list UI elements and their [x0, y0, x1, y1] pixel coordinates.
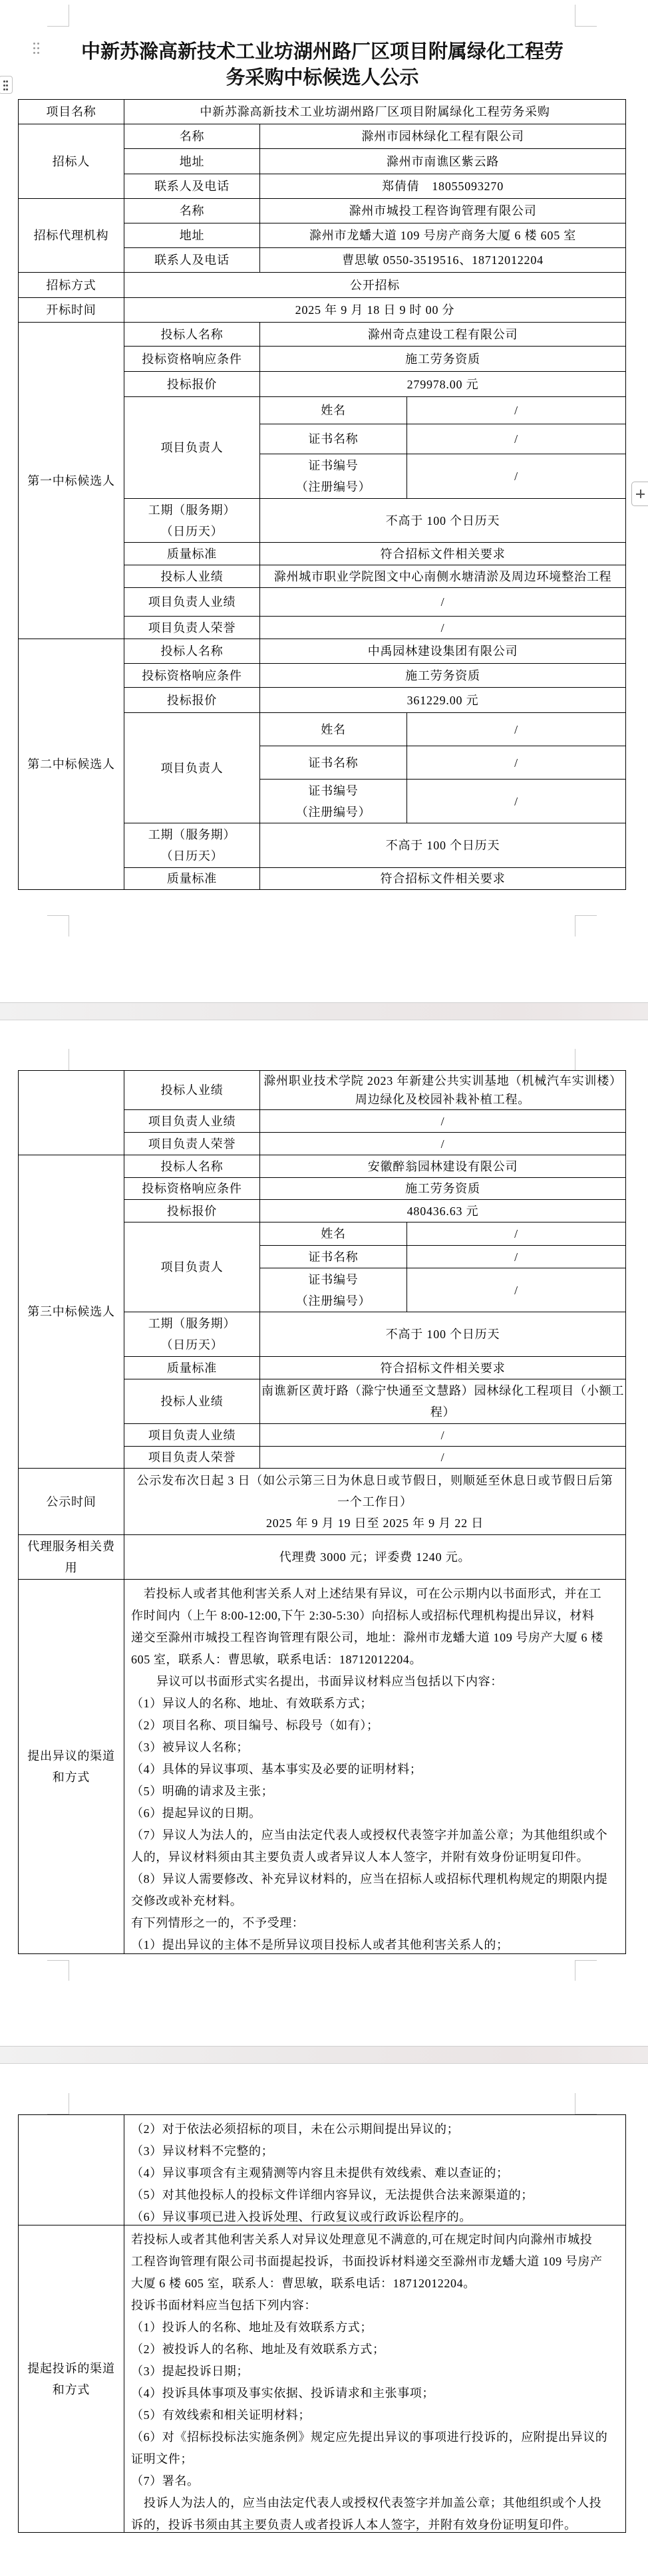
label-cert-name: 证书名称 — [260, 746, 407, 780]
list-item: （2）项目名称、项目编号、标段号（如有）； — [131, 1715, 620, 1737]
page-separator — [0, 2046, 648, 2064]
bid-table-page-1: 项目名称 中新苏滁高新技术工业坊湖州路厂区项目附属绿化工程劳务采购 招标人 名称… — [18, 99, 626, 890]
value-qualification: 施工劳务资质 — [260, 1178, 626, 1200]
label-manager-honors: 项目负责人荣誉 — [124, 1133, 260, 1155]
list-item: （1）异议人的名称、地址、有效联系方式； — [131, 1693, 620, 1715]
value-quality: 符合招标文件相关要求 — [260, 868, 626, 890]
crop-mark — [69, 1960, 69, 1981]
label-cert-name: 证书名称 — [260, 424, 407, 454]
text-line: 有下列情形之一的，不予受理： — [131, 1912, 620, 1934]
crop-mark — [47, 26, 69, 27]
text-line: 证明文件； — [131, 2448, 620, 2470]
label-price: 投标报价 — [124, 372, 260, 397]
label-cert-no: 证书编号 （注册编号） — [260, 454, 407, 499]
list-item: （4）具体的异议事项、基本事实及必要的证明材料； — [131, 1759, 620, 1781]
value-manager-performance: / — [260, 1424, 626, 1447]
bid-table-page-3: （2）对于依法必须招标的项目，未在公示期间提出异议的； （3）异议材料不完整的；… — [18, 2114, 626, 2533]
label-tenderer-contact: 联系人及电话 — [124, 174, 260, 199]
label-duration: 工期（服务期） （日历天） — [124, 499, 260, 543]
value-duration: 不高于 100 个日历天 — [260, 499, 626, 543]
label-line: 工期（服务期） — [126, 500, 258, 521]
list-item: （3）被异议人名称； — [131, 1737, 620, 1759]
value-line: 滁州职业技术学院 2023 年新建公共实训基地（机械汽车实训楼） — [261, 1072, 624, 1090]
label-quality: 质量标准 — [124, 543, 260, 565]
value-line: 公示发布次日起 3 日（如公示第三日为休息日或节假日，则顺延至休息日或节假日后第 — [126, 1470, 624, 1491]
label-line: 代理服务相关费 — [20, 1536, 122, 1557]
objection-paragraphs: （2）对于依法必须招标的项目，未在公示期间提出异议的； （3）异议材料不完整的；… — [131, 2118, 620, 2225]
value-qualification: 施工劳务资质 — [260, 664, 626, 688]
value-manager-honors: / — [260, 1447, 626, 1469]
dot — [3, 88, 5, 90]
value-tenderer-contact: 郑倩倩 18055093270 — [260, 174, 626, 199]
crop-mark — [69, 1049, 69, 1070]
row-agency-name: 招标代理机构 名称 滁州市城投工程咨询管理有限公司 — [19, 199, 626, 223]
value-line: 一个工作日） — [126, 1491, 624, 1512]
label-agency: 招标代理机构 — [19, 199, 124, 273]
objection-paragraphs: 若投标人或者其他利害关系人对上述结果有异议，可在公示期内以书面形式，并在工 作时… — [131, 1583, 620, 1953]
list-item: （6）异议事项已进入投诉处理、行政复议或行政诉讼程序的。 — [131, 2206, 620, 2225]
label-manager: 项目负责人 — [124, 713, 260, 823]
label-project-name: 项目名称 — [19, 100, 124, 124]
label-complaint: 提起投诉的渠道 和方式 — [19, 2225, 124, 2533]
row-c2-bidder-name: 第二中标候选人 投标人名称 中禹园林建设集团有限公司 — [19, 639, 626, 664]
label-line: 证书编号 — [261, 780, 405, 801]
label-agency-fees: 代理服务相关费 用 — [19, 1535, 124, 1580]
label-manager-performance: 项目负责人业绩 — [124, 588, 260, 617]
value-tenderer-name: 滁州市园林绿化工程有限公司 — [260, 124, 626, 149]
label-manager: 项目负责人 — [124, 397, 260, 499]
value-price: 279978.00 元 — [260, 372, 626, 397]
label-line: 提出异议的渠道 — [20, 1745, 122, 1767]
list-item: （7）署名。 — [131, 2470, 620, 2492]
value-manager-honors: / — [260, 617, 626, 639]
complaint-paragraphs: 若投标人或者其他利害关系人对异议处理意见不满意的,可在规定时间内向滁州市城投 工… — [131, 2229, 620, 2532]
text-line: 605 室，联系人：曹思敏，联系电话：18712012204。 — [131, 1649, 620, 1671]
list-item: （1）提出异议的主体不是所异议项目投标人或者其他利害关系人的； — [131, 1934, 620, 1953]
list-item: （1）投诉人的名称、地址及有效联系方式； — [131, 2317, 620, 2339]
label-manager-honors: 项目负责人荣誉 — [124, 617, 260, 639]
add-row-button[interactable] — [631, 482, 648, 506]
text-line: 若投标人或者其他利害关系人对上述结果有异议，可在公示期内以书面形式，并在工 — [131, 1583, 620, 1605]
value-cert-no: / — [407, 780, 626, 823]
row-objection: 提出异议的渠道 和方式 若投标人或者其他利害关系人对上述结果有异议，可在公示期内… — [19, 1580, 626, 1954]
document-page-2: 投标人业绩 滁州职业技术学院 2023 年新建公共实训基地（机械汽车实训楼） 周… — [0, 1020, 648, 2047]
text-line: 投诉人为法人的，应当由法定代表人或授权代表签字并加盖公章；其他组织或个人投 — [131, 2492, 620, 2514]
label-objection-continued — [19, 2115, 124, 2225]
value-manager-performance: / — [260, 588, 626, 617]
move-handle-icon[interactable] — [0, 76, 13, 94]
label-objection: 提出异议的渠道 和方式 — [19, 1580, 124, 1954]
list-item: （3）提起投诉日期； — [131, 2361, 620, 2382]
plus-icon — [636, 490, 645, 498]
value-manager-name: / — [407, 397, 626, 424]
value-quality: 符合招标文件相关要求 — [260, 1357, 626, 1379]
label-line: （日历天） — [126, 521, 258, 542]
dot — [3, 80, 5, 82]
label-duration: 工期（服务期） （日历天） — [124, 1312, 260, 1357]
dot — [3, 84, 5, 86]
list-item: （2）被投诉人的名称、地址及有效联系方式； — [131, 2339, 620, 2361]
list-item: （4）异议事项含有主观猜测等内容且未提供有效线索、难以查证的； — [131, 2162, 620, 2184]
value-agency-address: 滁州市龙蟠大道 109 号房产商务大厦 6 楼 605 室 — [260, 223, 626, 248]
crop-mark — [575, 5, 575, 26]
label-price: 投标报价 — [124, 1200, 260, 1222]
label-performance: 投标人业绩 — [124, 1071, 260, 1110]
label-duration: 工期（服务期） （日历天） — [124, 823, 260, 868]
value-bidder-name: 滁州奇点建设工程有限公司 — [260, 323, 626, 347]
list-item: （8）异议人需要修改、补充异议材料的，应当在招标人或招标代理机构规定的期限内提 — [131, 1868, 620, 1890]
label-line: 工期（服务期） — [126, 824, 258, 845]
list-item: （7）异议人为法人的，应当由法定代表人或授权代表签字并加盖公章；为其他组织或个 — [131, 1824, 620, 1846]
label-agency-contact: 联系人及电话 — [124, 248, 260, 273]
crop-mark — [575, 2093, 575, 2114]
label-cert-name: 证书名称 — [260, 1246, 407, 1268]
text-line: 交修改或补充材料。 — [131, 1890, 620, 1912]
value-cert-name: / — [407, 746, 626, 780]
label-manager-name: 姓名 — [260, 1222, 407, 1246]
list-item: （5）明确的请求及主张； — [131, 1781, 620, 1802]
value-price: 480436.63 元 — [260, 1200, 626, 1222]
label-qualification: 投标资格响应条件 — [124, 664, 260, 688]
label-manager-performance: 项目负责人业绩 — [124, 1424, 260, 1447]
value-performance: 滁州城市职业学院图文中心南侧水塘清淤及周边环境整治工程 — [260, 565, 626, 588]
row-opening-time: 开标时间 2025 年 9 月 18 日 9 时 00 分 — [19, 298, 626, 323]
text-line: 递交至滁州市城投工程咨询管理有限公司，地址：滁州市龙蟠大道 109 号房产大厦 … — [131, 1627, 620, 1649]
label-quality: 质量标准 — [124, 868, 260, 890]
text-line: 大厦 6 楼 605 室，联系人：曹思敏，联系电话：18712012204。 — [131, 2273, 620, 2295]
crop-mark — [575, 1049, 575, 1070]
document-page-3: （2）对于依法必须招标的项目，未在公示期间提出异议的； （3）异议材料不完整的；… — [0, 2064, 648, 2576]
list-item: （3）异议材料不完整的； — [131, 2140, 620, 2162]
text-line: 若投标人或者其他利害关系人对异议处理意见不满意的,可在规定时间内向滁州市城投 — [131, 2229, 620, 2251]
value-agency-contact: 曹思敏 0550-3519516、18712012204 — [260, 248, 626, 273]
text-line: 作时间内（上午 8:00-12:00,下午 2:30-5:30）向招标人或招标代… — [131, 1605, 620, 1627]
label-manager: 项目负责人 — [124, 1222, 260, 1312]
label-agency-address: 地址 — [124, 223, 260, 248]
label-line: 证书编号 — [261, 455, 405, 476]
crop-mark — [47, 1960, 69, 1961]
value-line: 周边绿化及校园补栽补植工程。 — [261, 1090, 624, 1109]
page-title: 中新苏滁高新技术工业坊湖州路厂区项目附属绿化工程劳 务采购中标候选人公示 — [0, 39, 645, 90]
list-item: （5）对其他投标人的投标文件详细内容异议，无法提供合法来源渠道的； — [131, 2184, 620, 2206]
label-line: 和方式 — [20, 1767, 122, 1788]
dot — [6, 88, 8, 90]
label-bidder-name: 投标人名称 — [124, 639, 260, 664]
label-manager-performance: 项目负责人业绩 — [124, 1110, 260, 1133]
text-line: 人的，异议材料须由其主要负责人或者异议人本人签字，并附有效身份证明复印件。 — [131, 1846, 620, 1868]
label-opening-time: 开标时间 — [19, 298, 124, 323]
value-cert-name: / — [407, 424, 626, 454]
bid-table-page-2: 投标人业绩 滁州职业技术学院 2023 年新建公共实训基地（机械汽车实训楼） 周… — [18, 1070, 626, 1954]
value-manager-name: / — [407, 1222, 626, 1246]
label-qualification: 投标资格响应条件 — [124, 347, 260, 372]
value-cert-no: / — [407, 1268, 626, 1312]
crop-mark — [47, 915, 69, 916]
crop-mark — [69, 915, 69, 936]
value-cert-name: / — [407, 1246, 626, 1268]
value-opening-time: 2025 年 9 月 18 日 9 时 00 分 — [124, 298, 626, 323]
value-manager-name: / — [407, 713, 626, 746]
value-duration: 不高于 100 个日历天 — [260, 1312, 626, 1357]
crop-mark — [575, 915, 575, 936]
label-tenderer: 招标人 — [19, 124, 124, 199]
title-line: 中新苏滁高新技术工业坊湖州路厂区项目附属绿化工程劳 — [0, 39, 645, 65]
value-agency-name: 滁州市城投工程咨询管理有限公司 — [260, 199, 626, 223]
objection-text-continued: （2）对于依法必须招标的项目，未在公示期间提出异议的； （3）异议材料不完整的；… — [124, 2115, 626, 2225]
row-complaint: 提起投诉的渠道 和方式 若投标人或者其他利害关系人对异议处理意见不满意的,可在规… — [19, 2225, 626, 2533]
objection-text: 若投标人或者其他利害关系人对上述结果有异议，可在公示期内以书面形式，并在工 作时… — [124, 1580, 626, 1954]
label-manager-name: 姓名 — [260, 397, 407, 424]
label-candidate-2-continued — [19, 1071, 124, 1155]
label-tenderer-address: 地址 — [124, 149, 260, 174]
row-tenderer-name: 招标人 名称 滁州市园林绿化工程有限公司 — [19, 124, 626, 149]
crop-mark — [575, 915, 597, 916]
value-price: 361229.00 元 — [260, 688, 626, 713]
value-tenderer-address: 滁州市南谯区紫云路 — [260, 149, 626, 174]
row-c2-performance: 投标人业绩 滁州职业技术学院 2023 年新建公共实训基地（机械汽车实训楼） 周… — [19, 1071, 626, 1110]
label-line: 用 — [20, 1557, 122, 1578]
dot — [6, 80, 8, 82]
value-duration: 不高于 100 个日历天 — [260, 823, 626, 868]
crop-mark — [69, 5, 69, 26]
value-qualification: 施工劳务资质 — [260, 347, 626, 372]
text-line: 工程咨询管理有限公司书面提起投诉，书面投诉材料递交至滁州市龙蟠大道 109 号房… — [131, 2251, 620, 2273]
row-objection-continued: （2）对于依法必须招标的项目，未在公示期间提出异议的； （3）异议材料不完整的；… — [19, 2115, 626, 2225]
label-line: 工期（服务期） — [126, 1313, 258, 1334]
label-line: （日历天） — [126, 1334, 258, 1356]
label-cert-no: 证书编号 （注册编号） — [260, 1268, 407, 1312]
text-line: 异议可以书面形式实名提出，书面异议材料应当包括以下内容： — [131, 1671, 620, 1693]
label-candidate-3: 第三中标候选人 — [19, 1155, 124, 1469]
value-line: 程） — [261, 1401, 624, 1423]
row-bidding-method: 招标方式 公开招标 — [19, 273, 626, 298]
row-c3-bidder-name: 第三中标候选人 投标人名称 安徽醉翁园林建设有限公司 — [19, 1155, 626, 1178]
label-line: （注册编号） — [261, 1290, 405, 1312]
text-line: 投诉书面材料应当包括下列内容： — [131, 2295, 620, 2317]
title-line: 务采购中标候选人公示 — [0, 65, 645, 90]
complaint-text: 若投标人或者其他利害关系人对异议处理意见不满意的,可在规定时间内向滁州市城投 工… — [124, 2225, 626, 2533]
value-cert-no: / — [407, 454, 626, 499]
page-separator — [0, 1002, 648, 1020]
value-manager-performance: / — [260, 1110, 626, 1133]
label-line: 证书编号 — [261, 1269, 405, 1290]
label-performance: 投标人业绩 — [124, 565, 260, 588]
value-manager-honors: / — [260, 1133, 626, 1155]
text-line: 诉的，投诉书须由其主要负责人或者投诉人本人签字，并附有效身份证明复印件。 — [131, 2514, 620, 2532]
value-performance: 南谯新区黄圩路（滁宁快通至文慧路）园林绿化工程项目（小额工 程） — [260, 1379, 626, 1424]
value-bidding-method: 公开招标 — [124, 273, 626, 298]
value-quality: 符合招标文件相关要求 — [260, 543, 626, 565]
crop-mark — [69, 2093, 69, 2114]
label-manager-name: 姓名 — [260, 713, 407, 746]
document-page-1: 中新苏滁高新技术工业坊湖州路厂区项目附属绿化工程劳 务采购中标候选人公示 项目名… — [0, 0, 648, 1003]
row-project-name: 项目名称 中新苏滁高新技术工业坊湖州路厂区项目附属绿化工程劳务采购 — [19, 100, 626, 124]
value-performance: 滁州职业技术学院 2023 年新建公共实训基地（机械汽车实训楼） 周边绿化及校园… — [260, 1071, 626, 1110]
list-item: （6）提起异议的日期。 — [131, 1802, 620, 1824]
label-qualification: 投标资格响应条件 — [124, 1178, 260, 1200]
label-bidding-method: 招标方式 — [19, 273, 124, 298]
label-line: 和方式 — [20, 2379, 122, 2400]
value-agency-fees: 代理费 3000 元；评委费 1240 元。 — [124, 1535, 626, 1580]
label-manager-honors: 项目负责人荣誉 — [124, 1447, 260, 1469]
list-item: （4）投诉具体事项及事实依据、投诉请求和主张事项； — [131, 2382, 620, 2404]
label-price: 投标报价 — [124, 688, 260, 713]
dot — [6, 84, 8, 86]
crop-mark — [575, 1960, 575, 1981]
list-item: （6）对《招标投标法实施条例》规定应先提出异议的事项进行投诉的，应附提出异议的 — [131, 2426, 620, 2448]
list-item: （2）对于依法必须招标的项目，未在公示期间提出异议的； — [131, 2118, 620, 2140]
crop-mark — [575, 26, 597, 27]
label-cert-no: 证书编号 （注册编号） — [260, 780, 407, 823]
crop-mark — [575, 1960, 597, 1961]
label-bidder-name: 投标人名称 — [124, 1155, 260, 1178]
value-line: 南谯新区黄圩路（滁宁快通至文慧路）园林绿化工程项目（小额工 — [261, 1380, 624, 1401]
label-candidate-2: 第二中标候选人 — [19, 639, 124, 890]
value-publicity-period: 公示发布次日起 3 日（如公示第三日为休息日或节假日，则顺延至休息日或节假日后第… — [124, 1469, 626, 1535]
row-publicity-period: 公示时间 公示发布次日起 3 日（如公示第三日为休息日或节假日，则顺延至休息日或… — [19, 1469, 626, 1535]
label-bidder-name: 投标人名称 — [124, 323, 260, 347]
label-line: （注册编号） — [261, 476, 405, 498]
row-c1-bidder-name: 第一中标候选人 投标人名称 滁州奇点建设工程有限公司 — [19, 323, 626, 347]
value-project-name: 中新苏滁高新技术工业坊湖州路厂区项目附属绿化工程劳务采购 — [124, 100, 626, 124]
label-quality: 质量标准 — [124, 1357, 260, 1379]
label-publicity-period: 公示时间 — [19, 1469, 124, 1535]
label-performance: 投标人业绩 — [124, 1379, 260, 1424]
row-agency-fees: 代理服务相关费 用 代理费 3000 元；评委费 1240 元。 — [19, 1535, 626, 1580]
value-line: 2025 年 9 月 19 日至 2025 年 9 月 22 日 — [126, 1512, 624, 1534]
label-line: 提起投诉的渠道 — [20, 2358, 122, 2379]
label-line: （日历天） — [126, 845, 258, 867]
label-agency-name: 名称 — [124, 199, 260, 223]
value-bidder-name: 安徽醉翁园林建设有限公司 — [260, 1155, 626, 1178]
value-bidder-name: 中禹园林建设集团有限公司 — [260, 639, 626, 664]
list-item: （5）有效线索和相关证明材料； — [131, 2404, 620, 2426]
label-tenderer-name: 名称 — [124, 124, 260, 149]
label-line: （注册编号） — [261, 801, 405, 823]
label-candidate-1: 第一中标候选人 — [19, 323, 124, 639]
